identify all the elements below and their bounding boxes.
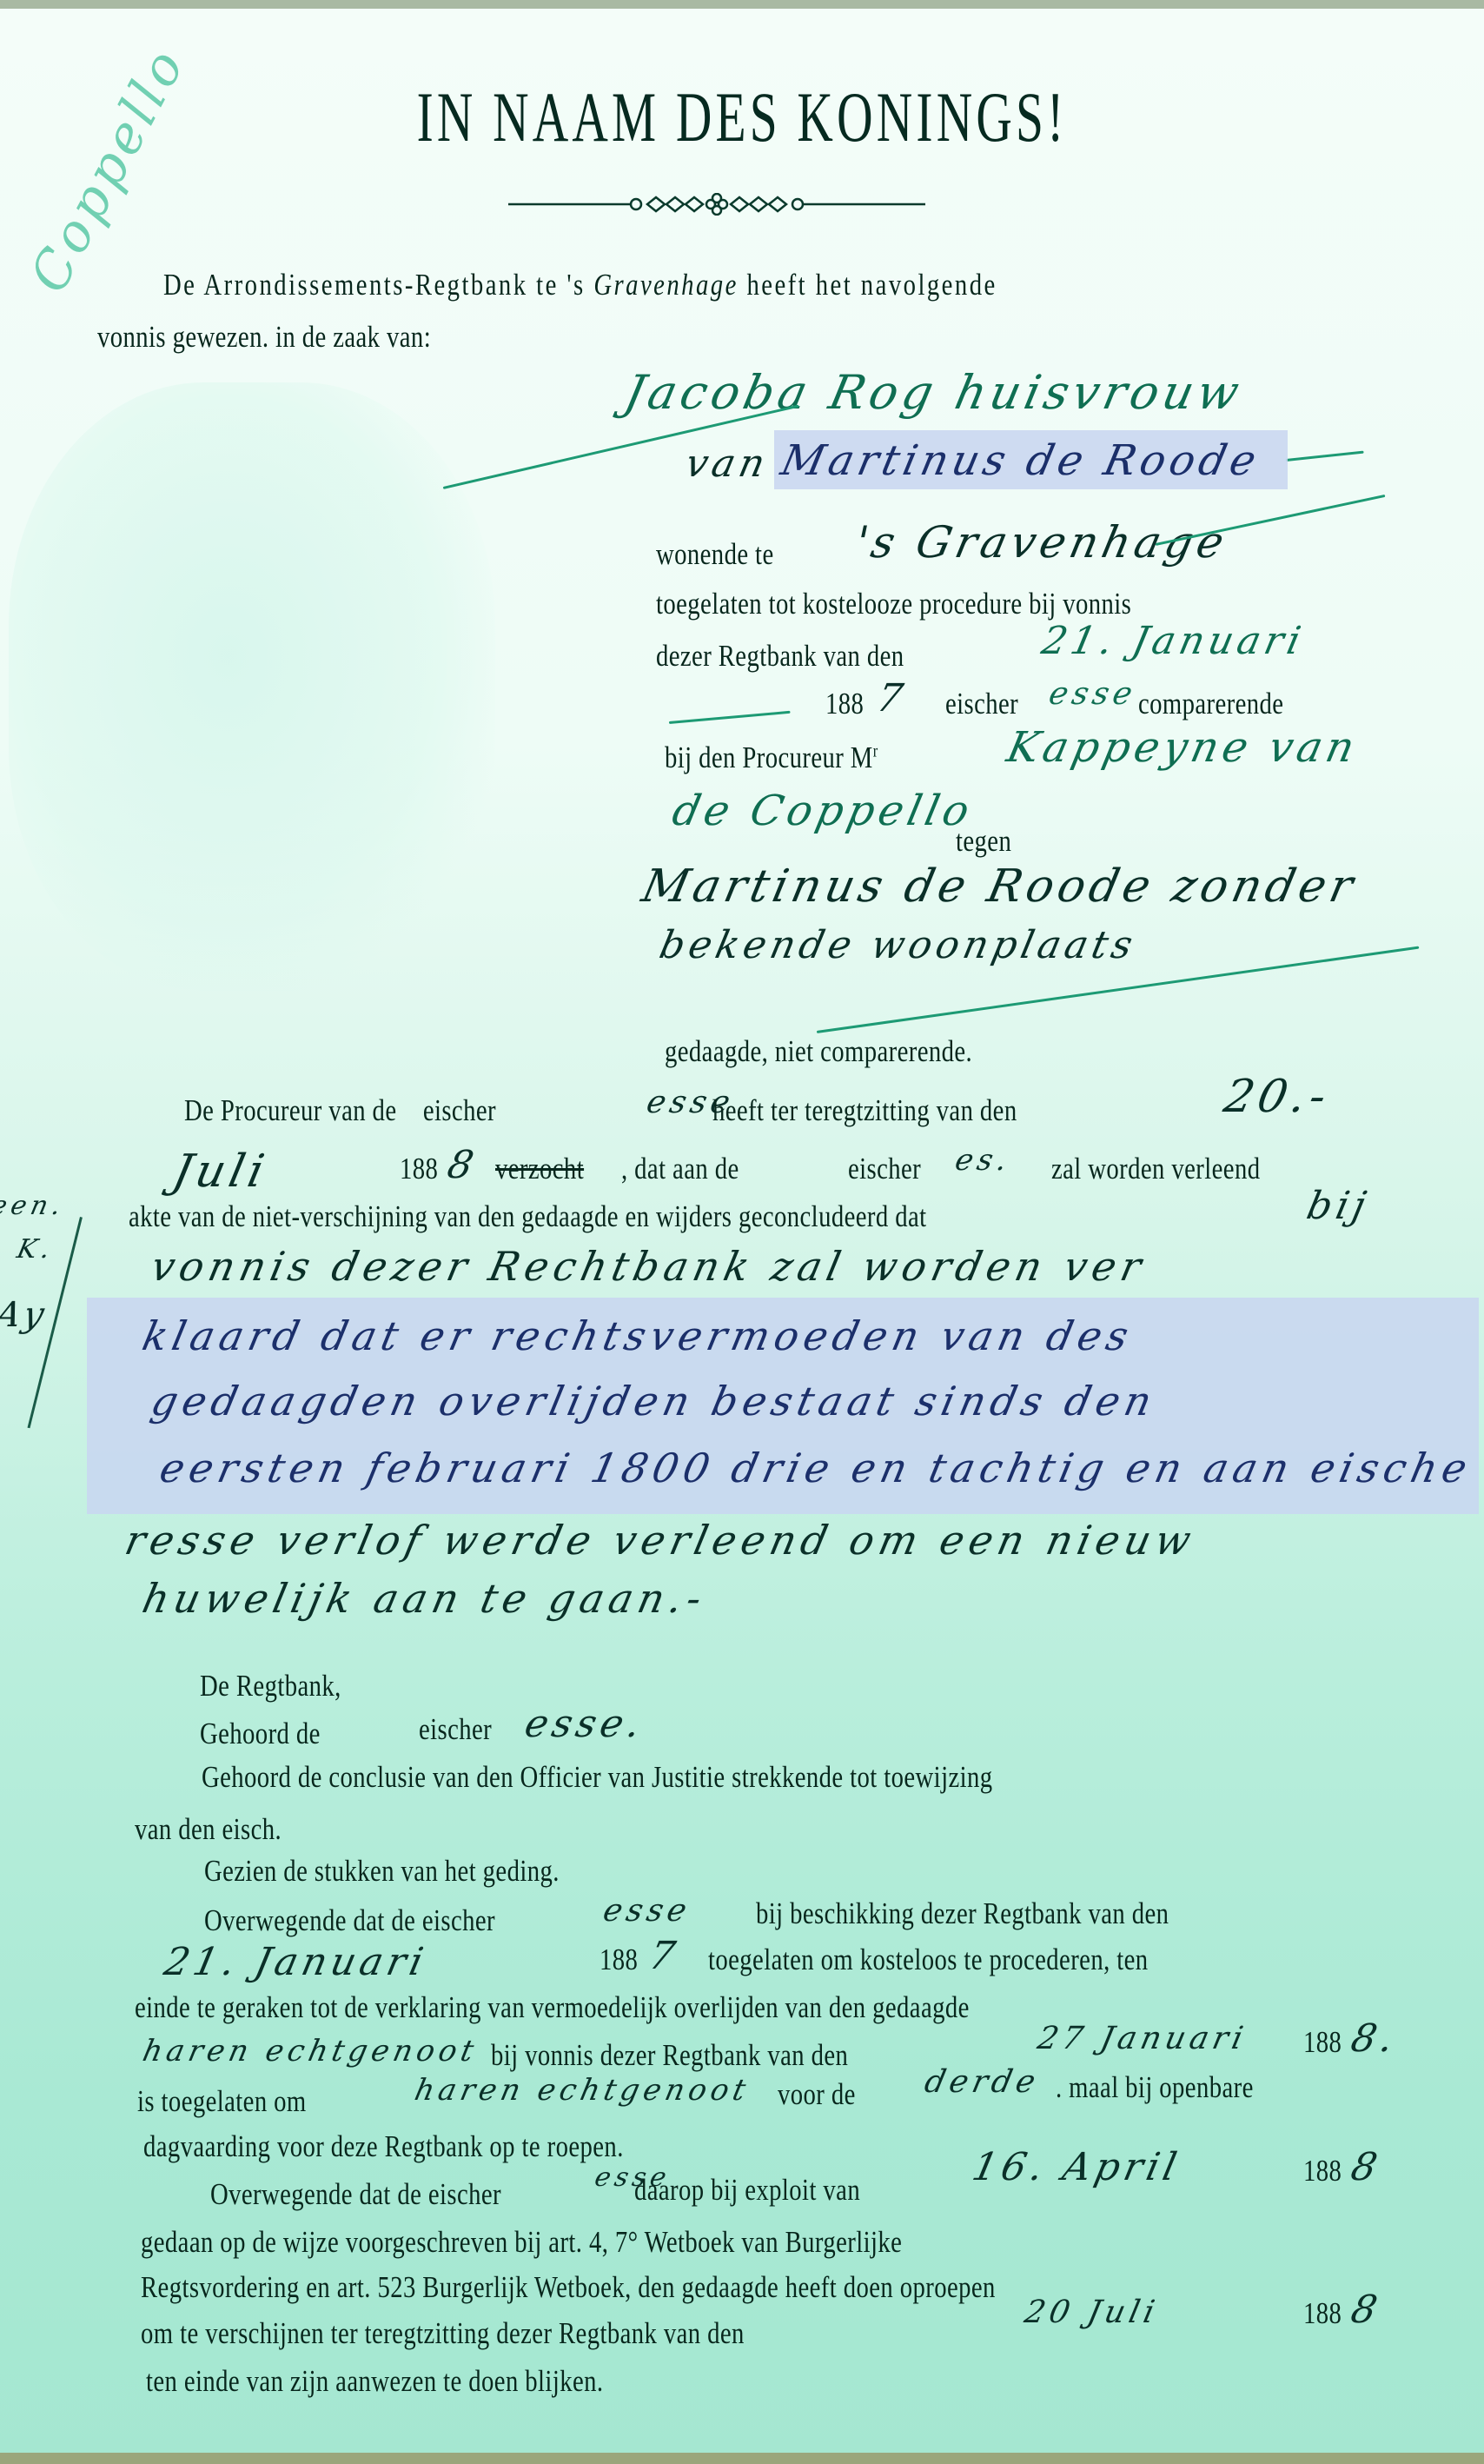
hand-consideration-10-date: 20 Juli xyxy=(1022,2295,1163,2330)
hand-consideration-5-ordinal: derde xyxy=(922,2064,1043,2100)
intro-line-2: vonnis gewezen. in de zaak van: xyxy=(97,320,431,355)
claim-hand-line: klaard dat er rechtsvermoeden van des xyxy=(138,1312,1137,1359)
scan-edge-top xyxy=(0,0,1484,9)
consideration-6: dagvaarding voor deze Regtbank op te roe… xyxy=(143,2129,624,2164)
consideration-10: om te verschijnen ter teregtzitting deze… xyxy=(141,2316,745,2351)
appearing-label: comparerende xyxy=(1138,687,1283,721)
consideration-4-year: 188 xyxy=(1303,2025,1342,2060)
margin-note-mid-3: Ay xyxy=(0,1295,52,1335)
consideration-3: einde te geraken tot de verklaring van v… xyxy=(135,1990,970,2025)
procedure-line-3: akte van de niet-verschijning van den ge… xyxy=(129,1199,926,1234)
hand-consideration-4-date: 27 Januari xyxy=(1035,2021,1250,2056)
hand-heard-suffix: esse. xyxy=(521,1702,649,1746)
hand-consideration-5: haren echtgenoot xyxy=(412,2073,753,2108)
consideration-10-year: 188 xyxy=(1303,2296,1342,2331)
defendant-status: gedaagde, niet comparerende. xyxy=(665,1034,972,1069)
year-line: 188 xyxy=(825,687,864,721)
procedure-line-1: De Procureur van de eischer xyxy=(184,1093,496,1128)
consideration-1-a: Overwegende dat de eischer xyxy=(204,1903,495,1938)
claim-hand-line: eersten februari 1800 drie en tachtig en… xyxy=(156,1445,1476,1491)
procedure-year: 188 xyxy=(400,1152,438,1186)
plaintiff-label: eischer xyxy=(945,687,1018,721)
hand-plaintiff-name: Jacoba Rog huisvrouw xyxy=(619,365,1248,420)
consideration-7-year: 188 xyxy=(1303,2154,1342,2188)
hand-hearing-date: 20.- xyxy=(1220,1071,1335,1123)
hand-residence: 's Gravenhage xyxy=(851,517,1233,568)
city-name: Gravenhage xyxy=(593,268,738,302)
consideration-5-c: . maal bij openbare xyxy=(1056,2070,1254,2105)
procedure-line-2-b: eischer xyxy=(848,1152,921,1186)
against-label: tegen xyxy=(956,824,1011,859)
hand-admission-date: 21. Januari xyxy=(1038,619,1309,663)
procedure-line-2-c: zal worden verleend xyxy=(1051,1152,1260,1186)
hand-van: van xyxy=(682,442,773,486)
document-title: IN NAAM DES KONINGS! xyxy=(222,76,1262,158)
paper-stain xyxy=(9,382,495,991)
consideration-2-year: 188 xyxy=(600,1943,638,1977)
hand-hearing-month: Juli xyxy=(169,1146,273,1198)
hand-consideration-7-date: 16. April xyxy=(969,2145,1185,2189)
hand-defendant-2: bekende woonplaats xyxy=(656,923,1141,967)
procedure-line-1-cont: heeft ter teregtzitting van den xyxy=(712,1093,1017,1128)
hand-procedure-bij: bij xyxy=(1303,1184,1375,1228)
consideration-5-a: is toegelaten om xyxy=(137,2084,307,2119)
hand-consideration-1: esse xyxy=(600,1893,694,1929)
residence-label: wonende te xyxy=(656,537,774,572)
claim-hand-line: resse verlof werde verleend om een nieuw xyxy=(121,1517,1200,1564)
hand-defendant-1: Martinus de Roode zonder xyxy=(638,860,1362,913)
heard-line-a: Gehoord de xyxy=(200,1717,321,1751)
heard-line-b: eischer xyxy=(419,1712,492,1747)
margin-note-mid-1: een. xyxy=(0,1191,68,1221)
intro-line-1: De Arrondissements-Regtbank te 's Graven… xyxy=(163,268,997,302)
consideration-9: Regtsvordering en art. 523 Burgerlijk We… xyxy=(141,2270,996,2305)
consideration-1-b: bij beschikking dezer Regtbank van den xyxy=(756,1896,1169,1931)
scan-edge-bottom xyxy=(0,2453,1484,2464)
claim-hand-line: huwelijk aan te gaan.- xyxy=(138,1575,711,1622)
consideration-7-a: Overwegende dat de eischer xyxy=(210,2177,501,2212)
consideration-11: ten einde van zijn aanwezen te doen blij… xyxy=(146,2364,603,2399)
procurator-label: bij den Procureur Mr xyxy=(665,741,878,775)
seen-line: Gezien de stukken van het geding. xyxy=(204,1854,560,1889)
consideration-2-b: toegelaten om kosteloos te procederen, t… xyxy=(708,1943,1149,1977)
consideration-8: gedaan op de wijze voorgeschreven bij ar… xyxy=(141,2225,902,2260)
hand-husband-name: Martinus de Roode xyxy=(777,436,1264,485)
hand-procedure-suffix-2: es. xyxy=(952,1143,1015,1178)
hand-plaintiff-suffix: esse xyxy=(1046,676,1140,712)
ornament-divider-icon xyxy=(508,193,925,216)
hand-procurator-1: Kappeyne van xyxy=(1003,723,1363,772)
hand-consideration-2-date: 21. Januari xyxy=(161,1940,432,1984)
struck-word: verzocht xyxy=(495,1152,584,1186)
margin-note-mid-2: K. xyxy=(14,1234,56,1265)
judgment-heading: De Regtbank, xyxy=(200,1669,341,1704)
admitted-line: toegelaten tot kostelooze procedure bij … xyxy=(656,587,1131,621)
court-line: dezer Regtbank van den xyxy=(656,639,904,674)
hand-procurator-2: de Coppello xyxy=(668,787,977,835)
conclusion-line-1: Gehoord de conclusie van den Officier va… xyxy=(202,1760,993,1795)
conclusion-line-2: van den eisch. xyxy=(135,1812,282,1847)
hand-consideration-4: haren echtgenoot xyxy=(140,2034,481,2069)
hand-consideration-4-digit: 8. xyxy=(1348,2016,1402,2061)
procedure-line-2-a: , dat aan de xyxy=(621,1152,739,1186)
claim-hand-line: vonnis dezer Rechtbank zal worden ver xyxy=(147,1243,1150,1290)
consideration-5-b: voor de xyxy=(778,2077,856,2112)
claim-hand-line: gedaagden overlijden bestaat sinds den xyxy=(147,1378,1161,1425)
consideration-4-b: bij vonnis dezer Regtbank van den xyxy=(491,2038,848,2073)
consideration-7-b: daarop bij exploit van xyxy=(634,2173,860,2208)
